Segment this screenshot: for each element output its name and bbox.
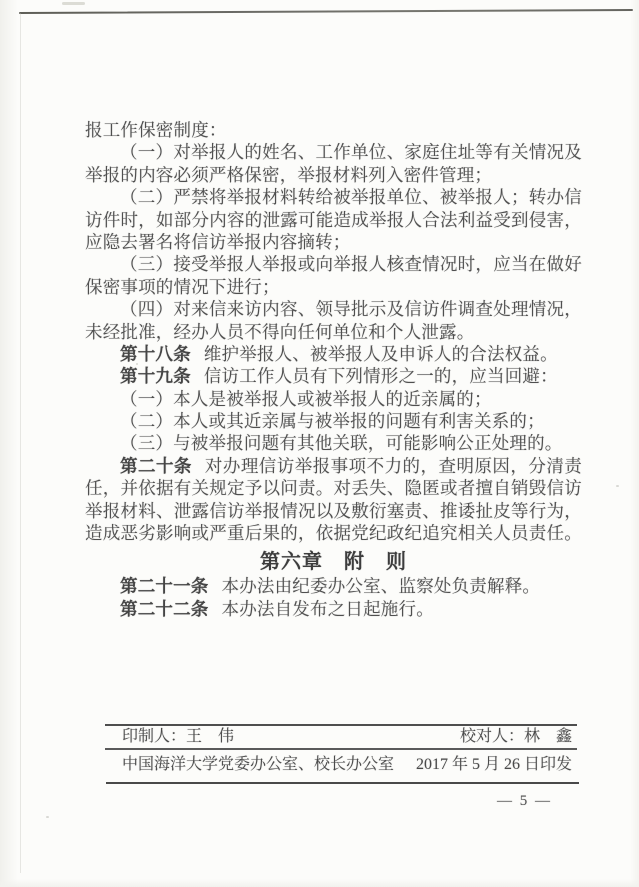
document-body: 报工作保密制度：（一）对举报人的姓名、工作单位、家庭住址等有关情况及举报的内容必…: [85, 119, 582, 620]
chapter-heading: 第六章 附 则: [85, 549, 582, 575]
text-line: 应隐去署名将信访举报内容摘转；: [85, 231, 582, 253]
issue-date: 2017 年 5 月 26 日印发: [416, 756, 572, 774]
text-line: 举报材料、泄露信访举报情况以及敷衍塞责、推诿扯皮等行为，: [85, 500, 582, 522]
text-line: （四）对来信来访内容、领导批示及信访件调查处理情况，: [85, 298, 582, 320]
footer-rule-middle: [105, 748, 577, 750]
text-line: 第二十一条本办法由纪委办公室、监察处负责解释。: [85, 575, 582, 597]
text-line: 第二十条对办理信访举报事项不力的，查明原因，分清责: [85, 455, 582, 477]
scanned-document-page: 报工作保密制度：（一）对举报人的姓名、工作单位、家庭住址等有关情况及举报的内容必…: [0, 0, 639, 887]
text-line: 访件时，如部分内容的泄露可能造成举报人合法利益受到侵害，: [85, 209, 582, 231]
text-line: （三）与被举报问题有其他关联，可能影响公正处理的。: [85, 432, 582, 454]
text-line: 第十九条信访工作人员有下列情形之一的，应当回避：: [85, 365, 582, 387]
scan-edge-shade-right: [630, 0, 639, 887]
text-line: 任，并依据有关规定予以问责。对丢失、隐匿或者擅自销毁信访: [85, 477, 582, 499]
article-number: 第二十二条: [120, 599, 209, 619]
text-line: 举报的内容必须严格保密，举报材料列入密件管理；: [85, 164, 582, 186]
text-line: 未经批准，经办人员不得向任何单位和个人泄露。: [85, 321, 582, 343]
article-number: 第十九条: [120, 366, 191, 386]
text-line: 报工作保密制度：: [85, 119, 582, 141]
printer-credit: 印制人：王 伟: [122, 728, 234, 746]
page-number: — 5 —: [497, 793, 552, 810]
text-line: （一）本人是被举报人或被举报人的近亲属的；: [85, 388, 582, 410]
text-line: 第二十二条本办法自发布之日起施行。: [85, 598, 582, 620]
scan-edge-shade-left: [0, 0, 18, 887]
footer-rule-bottom: [106, 782, 579, 784]
text-line: （二）严禁将举报材料转给被举报单位、被举报人；转办信: [85, 186, 582, 208]
text-line: （一）对举报人的姓名、工作单位、家庭住址等有关情况及: [85, 141, 582, 163]
proofreader-credit: 校对人：林 鑫: [460, 728, 572, 746]
footer-issue-row: 中国海洋大学党委办公室、校长办公室 2017 年 5 月 26 日印发: [122, 756, 572, 774]
scan-artifact-top-line: [19, 9, 633, 14]
scan-edge-shade-bottom: [0, 879, 639, 887]
footer-credits-row: 印制人：王 伟 校对人：林 鑫: [122, 728, 572, 746]
scan-artifact-dash: [62, 2, 85, 5]
text-line: 造成恶劣影响或严重后果的，依据党纪政纪追究相关人员责任。: [85, 522, 582, 544]
article-number: 第二十一条: [120, 576, 209, 596]
article-number: 第十八条: [120, 344, 191, 364]
text-line: （二）本人或其近亲属与被举报的问题有利害关系的；: [85, 410, 582, 432]
issuing-office: 中国海洋大学党委办公室、校长办公室: [122, 756, 394, 774]
scan-speck: [46, 816, 49, 818]
scan-crease-line: [20, 13, 21, 873]
text-line: 第十八条维护举报人、被举报人及申诉人的合法权益。: [85, 343, 582, 365]
footer-rule-top: [105, 724, 577, 726]
scan-speck: [616, 485, 619, 487]
article-number: 第二十条: [120, 456, 192, 476]
text-line: 保密事项的情况下进行；: [85, 276, 582, 298]
text-line: （三）接受举报人举报或向举报人核查情况时，应当在做好: [85, 253, 582, 275]
